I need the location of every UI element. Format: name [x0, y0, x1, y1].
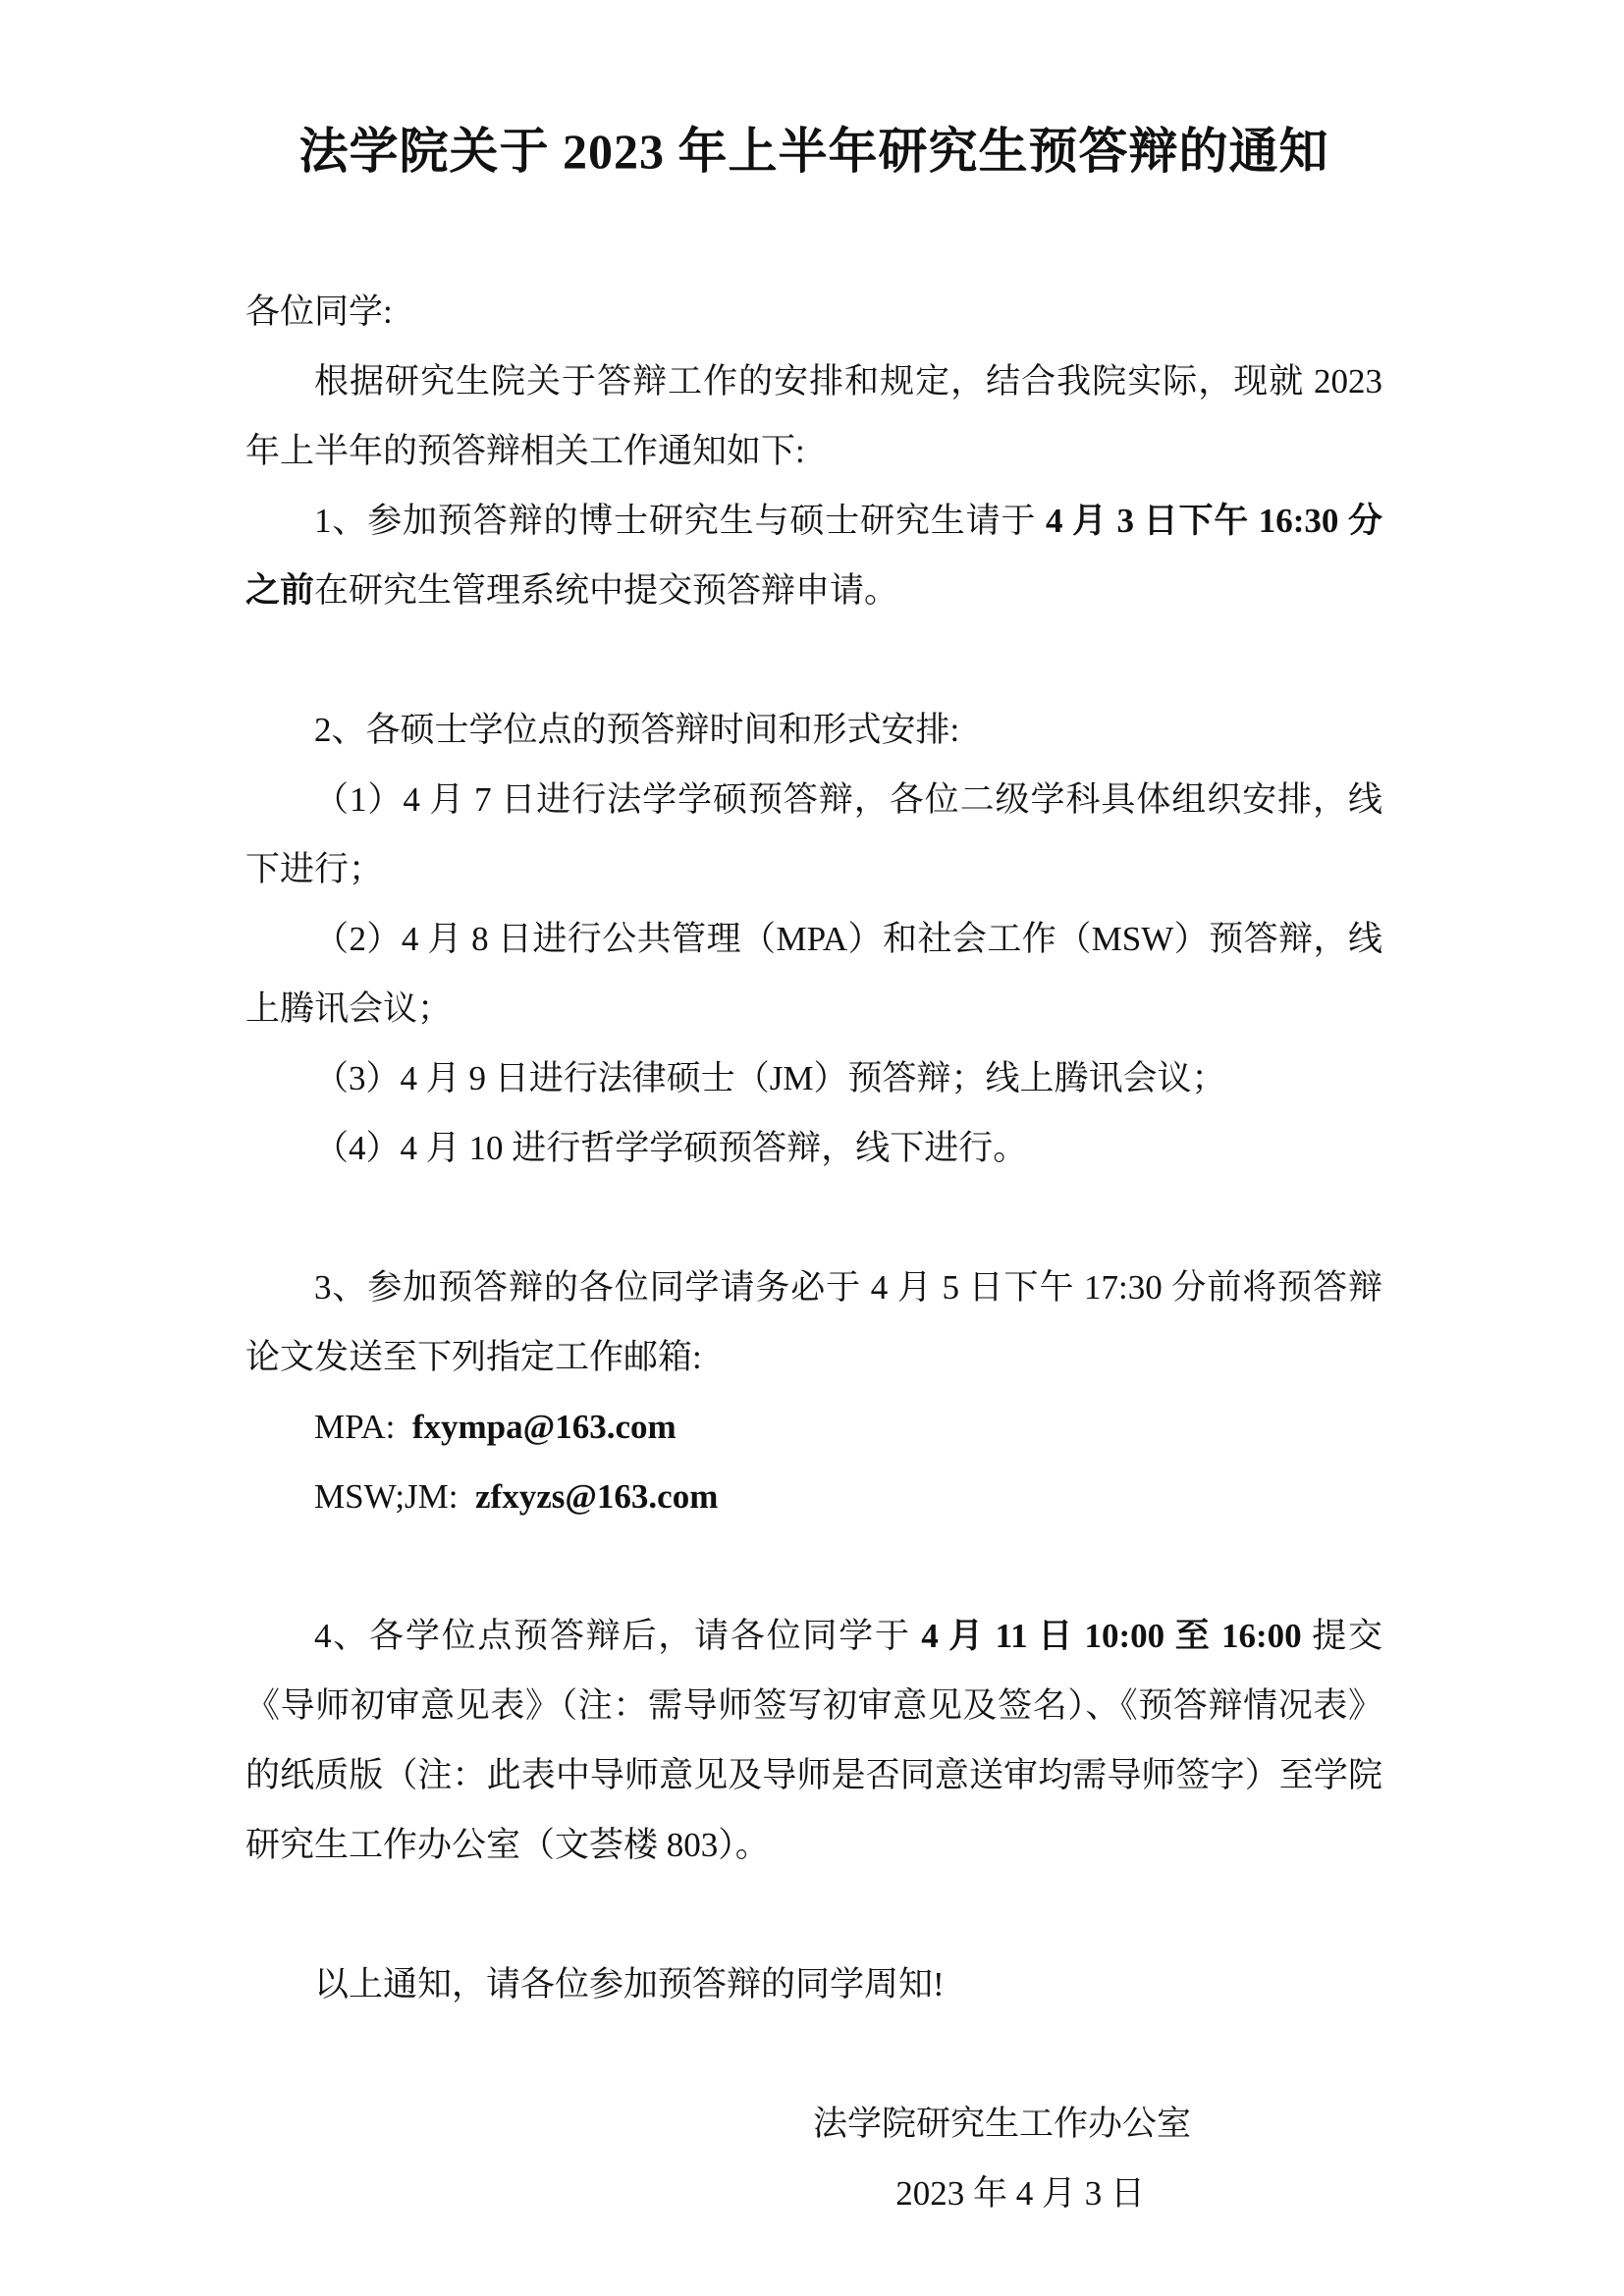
page-title: 法学院关于 2023 年上半年研究生预答辩的通知 — [245, 110, 1382, 192]
item-3-paragraph: 3、参加预答辩的各位同学请务必于 4 月 5 日下午 17:30 分前将预答辩论… — [245, 1253, 1382, 1392]
email-line-mpa: MPA:fxympa@163.com — [245, 1392, 1382, 1462]
item-1-text-pre: 1、参加预答辩的博士研究生与硕士研究生请于 — [314, 502, 1036, 540]
intro-paragraph: 根据研究生院关于答辩工作的安排和规定，结合我院实际，现就 2023 年上半年的预… — [245, 347, 1382, 486]
item-4-paragraph: 4、各学位点预答辩后，请各位同学于 4 月 11 日 10:00 至 16:00… — [245, 1601, 1382, 1880]
signature: 法学院研究生工作办公室 — [245, 2089, 1382, 2159]
email-label-msw-jm: MSW;JM: — [314, 1477, 459, 1516]
notice-body: 各位同学: 根据研究生院关于答辩工作的安排和规定，结合我院实际，现就 2023 … — [245, 277, 1382, 2228]
item-2-sub-item-4: （4）4 月 10 进行哲学学硕预答辩，线下进行。 — [245, 1113, 1382, 1183]
item-2-sub-item-1: （1）4 月 7 日进行法学学硕预答辩，各位二级学科具体组织安排，线下进行； — [245, 765, 1382, 904]
date: 2023 年 4 月 3 日 — [245, 2159, 1382, 2228]
signoff-block: 法学院研究生工作办公室 2023 年 4 月 3 日 — [245, 2089, 1382, 2228]
notice-page: 法学院关于 2023 年上半年研究生预答辩的通知 各位同学: 根据研究生院关于答… — [0, 0, 1624, 2296]
item-2-heading: 2、各硕士学位点的预答辩时间和形式安排: — [245, 695, 1382, 765]
email-address-mpa: fxympa@163.com — [412, 1408, 677, 1446]
item-4-text-pre: 4、各学位点预答辩后，请各位同学于 — [314, 1617, 911, 1655]
email-address-msw-jm: zfxyzs@163.com — [475, 1477, 718, 1516]
item-1-paragraph: 1、参加预答辩的博士研究生与硕士研究生请于 4 月 3 日下午 16:30 分之… — [245, 486, 1382, 625]
salutation: 各位同学: — [245, 277, 1382, 347]
email-label-mpa: MPA: — [314, 1408, 395, 1446]
item-2-sub-item-2: （2）4 月 8 日进行公共管理（MPA）和社会工作（MSW）预答辩，线上腾讯会… — [245, 904, 1382, 1043]
email-line-msw-jm: MSW;JM:zfxyzs@163.com — [245, 1462, 1382, 1531]
item-4-time-window: 4 月 11 日 10:00 至 16:00 — [911, 1617, 1312, 1655]
item-1-text-post: 在研究生管理系统中提交预答辩申请。 — [314, 571, 898, 610]
closing-paragraph: 以上通知，请各位参加预答辩的同学周知! — [245, 1949, 1382, 2019]
item-2-sub-item-3: （3）4 月 9 日进行法律硕士（JM）预答辩；线上腾讯会议； — [245, 1043, 1382, 1113]
